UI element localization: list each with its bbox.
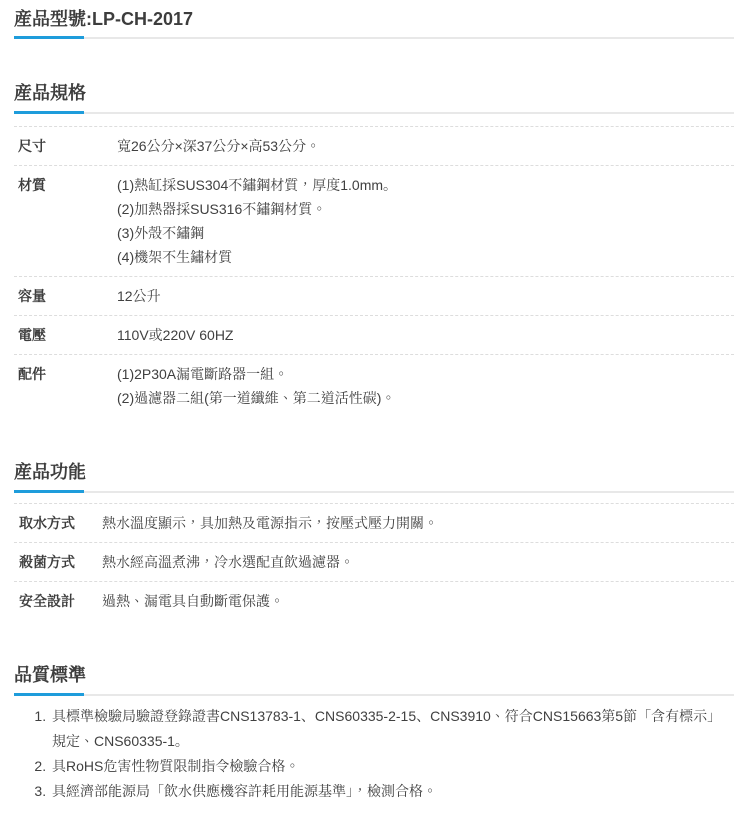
spec-value-line: 過熱、漏電具自動斷電保護。 [102, 589, 734, 613]
spec-row-label: 電壓 [14, 323, 117, 347]
heading-accent-bar [14, 693, 84, 696]
section: 産品功能 取水方式 熱水溫度顯示，具加熱及電源指示，按壓式壓力開關。 殺菌方式 … [14, 461, 734, 620]
spec-row-label: 容量 [14, 284, 117, 308]
spec-row-value: 熱水經高溫煮沸，冷水選配直飲過濾器。 [102, 550, 734, 574]
spec-value-line: (2)過濾器二組(第一道纖維、第二道活性碳)。 [117, 386, 734, 410]
page-title-text: 産品型號:LP-CH-2017 [14, 9, 193, 29]
spec-value-line: 110V或220V 60HZ [117, 323, 734, 347]
spec-row: 取水方式 熱水溫度顯示，具加熱及電源指示，按壓式壓力開關。 [14, 503, 734, 542]
section-heading: 品質標準 [14, 664, 734, 696]
spec-value-line: (3)外殼不鏽鋼 [117, 221, 734, 245]
section-heading-text: 品質標準 [14, 665, 86, 685]
heading-accent-bar [14, 111, 84, 114]
standards-list: 具標準檢驗局驗證登錄證書CNS13783-1、CNS60335-2-15、CNS… [14, 704, 734, 804]
spec-value-line: (4)機架不生鏽材質 [117, 245, 734, 269]
spec-row-value: (1)熱缸採SUS304不鏽鋼材質，厚度1.0mm。(2)加熱器採SUS316不… [117, 173, 734, 269]
spec-row-value: 110V或220V 60HZ [117, 323, 734, 347]
section-heading: 産品規格 [14, 82, 734, 114]
section-heading: 産品功能 [14, 461, 734, 493]
spec-row: 尺寸 寬26公分×深37公分×高53公分。 [14, 126, 734, 165]
spec-row-value: 12公升 [117, 284, 734, 308]
spec-row-value: 過熱、漏電具自動斷電保護。 [102, 589, 734, 613]
spec-row: 殺菌方式 熱水經高溫煮沸，冷水選配直飲過濾器。 [14, 542, 734, 581]
standard-item: 具RoHS危害性物質限制指令檢驗合格。 [50, 754, 730, 779]
spec-value-line: 寬26公分×深37公分×高53公分。 [117, 134, 734, 158]
spec-row-value: 寬26公分×深37公分×高53公分。 [117, 134, 734, 158]
section-heading-text: 産品規格 [14, 83, 86, 103]
spec-row-value: (1)2P30A漏電斷路器一組。(2)過濾器二組(第一道纖維、第二道活性碳)。 [117, 362, 734, 410]
sections-container: 産品規格 尺寸 寬26公分×深37公分×高53公分。 材質 (1)熱缸採SUS3… [14, 82, 734, 804]
section-heading-text: 産品功能 [14, 462, 86, 482]
spec-row-label: 安全設計 [14, 589, 102, 613]
spec-value-line: (1)2P30A漏電斷路器一組。 [117, 362, 734, 386]
spec-value-line: (1)熱缸採SUS304不鏽鋼材質，厚度1.0mm。 [117, 173, 734, 197]
heading-accent-bar [14, 490, 84, 493]
page-title: 産品型號:LP-CH-2017 [14, 9, 734, 39]
spec-value-line: 熱水經高溫煮沸，冷水選配直飲過濾器。 [102, 550, 734, 574]
spec-row-label: 材質 [14, 173, 117, 269]
standard-item: 具標準檢驗局驗證登錄證書CNS13783-1、CNS60335-2-15、CNS… [50, 704, 730, 754]
spec-row: 材質 (1)熱缸採SUS304不鏽鋼材質，厚度1.0mm。(2)加熱器採SUS3… [14, 165, 734, 276]
spec-table: 尺寸 寬26公分×深37公分×高53公分。 材質 (1)熱缸採SUS304不鏽鋼… [14, 126, 734, 417]
spec-table: 取水方式 熱水溫度顯示，具加熱及電源指示，按壓式壓力開關。 殺菌方式 熱水經高溫… [14, 503, 734, 620]
spec-value-line: (2)加熱器採SUS316不鏽鋼材質。 [117, 197, 734, 221]
spec-row-value: 熱水溫度顯示，具加熱及電源指示，按壓式壓力開關。 [102, 511, 734, 535]
spec-row: 容量 12公升 [14, 276, 734, 315]
title-accent-bar [14, 36, 84, 39]
spec-row-label: 尺寸 [14, 134, 117, 158]
standard-item: 具經濟部能源局「飲水供應機容許耗用能源基準」，檢測合格。 [50, 779, 730, 804]
spec-value-line: 12公升 [117, 284, 734, 308]
spec-row: 安全設計 過熱、漏電具自動斷電保護。 [14, 581, 734, 620]
spec-row: 電壓 110V或220V 60HZ [14, 315, 734, 354]
spec-row: 配件 (1)2P30A漏電斷路器一組。(2)過濾器二組(第一道纖維、第二道活性碳… [14, 354, 734, 417]
spec-row-label: 殺菌方式 [14, 550, 102, 574]
product-spec-page: 産品型號:LP-CH-2017 産品規格 尺寸 寬26公分×深37公分×高53公… [0, 0, 746, 810]
section: 産品規格 尺寸 寬26公分×深37公分×高53公分。 材質 (1)熱缸採SUS3… [14, 82, 734, 417]
section: 品質標準 具標準檢驗局驗證登錄證書CNS13783-1、CNS60335-2-1… [14, 664, 734, 804]
spec-row-label: 配件 [14, 362, 117, 410]
spec-row-label: 取水方式 [14, 511, 102, 535]
spec-value-line: 熱水溫度顯示，具加熱及電源指示，按壓式壓力開關。 [102, 511, 734, 535]
